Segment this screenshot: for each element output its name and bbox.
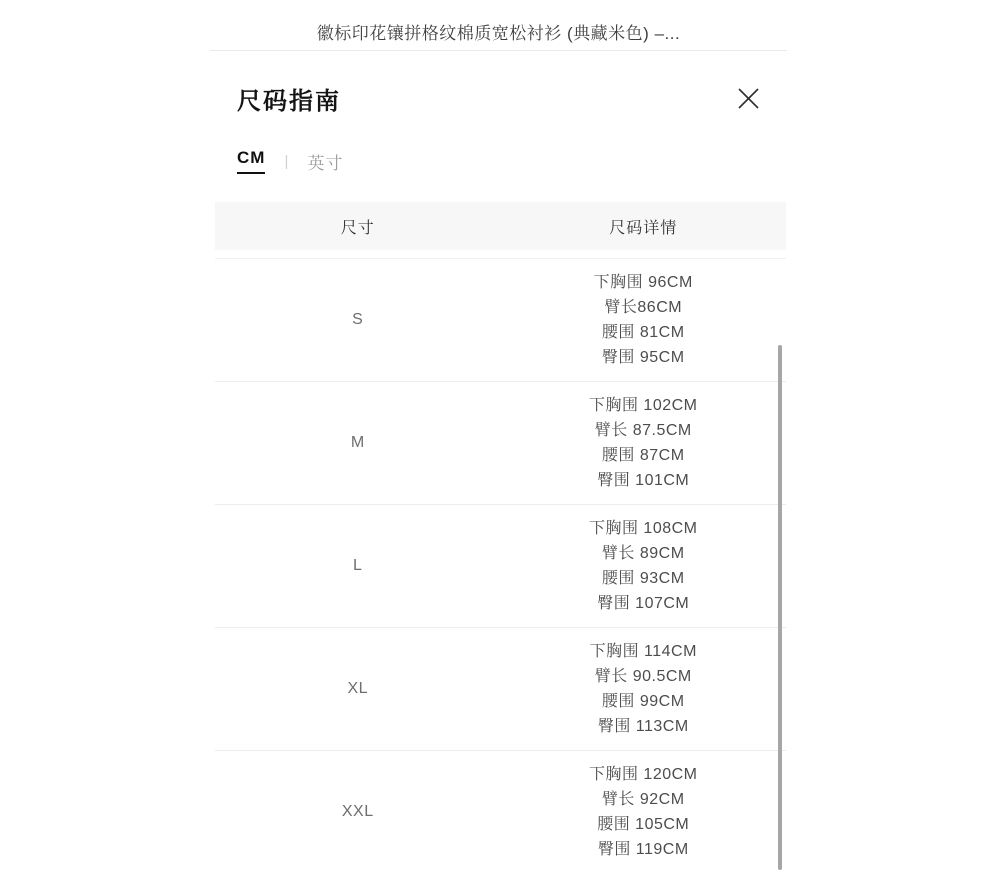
modal-header: 尺码指南 bbox=[215, 81, 786, 116]
table-row-m: M 下胸围 102CM 臂长 87.5CM 腰围 87CM 臀围 101CM bbox=[215, 382, 786, 505]
modal-title: 尺码指南 bbox=[237, 81, 341, 116]
close-button[interactable] bbox=[734, 85, 762, 113]
measurement-line: 腰围 81CM bbox=[501, 320, 787, 345]
table-header: 尺寸 尺码详情 bbox=[215, 202, 786, 250]
measurement-line: 腰围 105CM bbox=[501, 812, 787, 837]
size-guide-modal: 尺码指南 CM | 英寸 尺寸 尺码详情 S 下胸围 96CM 臂长86 bbox=[215, 51, 786, 870]
measurement-line: 臀围 113CM bbox=[501, 714, 787, 739]
size-label: S bbox=[215, 311, 501, 329]
column-header-details: 尺码详情 bbox=[501, 215, 787, 238]
measurement-line: 腰围 93CM bbox=[501, 566, 787, 591]
table-body: S 下胸围 96CM 臂长86CM 腰围 81CM 臀围 95CM M 下胸围 … bbox=[215, 258, 786, 870]
measurement-line: 臀围 107CM bbox=[501, 591, 787, 616]
size-label: L bbox=[215, 557, 501, 575]
close-icon bbox=[735, 85, 762, 112]
table-row-s: S 下胸围 96CM 臂长86CM 腰围 81CM 臀围 95CM bbox=[215, 259, 786, 382]
size-details: 下胸围 114CM 臂长 90.5CM 腰围 99CM 臀围 113CM bbox=[501, 639, 787, 739]
table-row-xxl: XXL 下胸围 120CM 臂长 92CM 腰围 105CM 臀围 119CM bbox=[215, 751, 786, 870]
size-details: 下胸围 102CM 臂长 87.5CM 腰围 87CM 臀围 101CM bbox=[501, 393, 787, 493]
measurement-line: 臂长 92CM bbox=[501, 787, 787, 812]
measurement-line: 腰围 87CM bbox=[501, 443, 787, 468]
measurement-line: 臀围 119CM bbox=[501, 837, 787, 862]
unit-tabs: CM | 英寸 bbox=[215, 148, 786, 174]
measurement-line: 臂长 89CM bbox=[501, 541, 787, 566]
size-label: XL bbox=[215, 680, 501, 698]
measurement-line: 臂长86CM bbox=[501, 295, 787, 320]
column-header-size: 尺寸 bbox=[215, 215, 501, 238]
table-row-xl: XL 下胸围 114CM 臂长 90.5CM 腰围 99CM 臀围 113CM bbox=[215, 628, 786, 751]
measurement-line: 臂长 90.5CM bbox=[501, 664, 787, 689]
size-details: 下胸围 96CM 臂长86CM 腰围 81CM 臀围 95CM bbox=[501, 270, 787, 370]
tab-cm[interactable]: CM bbox=[237, 148, 265, 174]
size-table: 尺寸 尺码详情 S 下胸围 96CM 臂长86CM 腰围 81CM 臀围 95C… bbox=[215, 202, 786, 870]
measurement-line: 腰围 99CM bbox=[501, 689, 787, 714]
measurement-line: 臀围 95CM bbox=[501, 345, 787, 370]
measurement-line: 臀围 101CM bbox=[501, 468, 787, 493]
page-title: 徽标印花镶拼格纹棉质宽松衬衫 (典藏米色) –... bbox=[317, 19, 680, 44]
measurement-line: 臂长 87.5CM bbox=[501, 418, 787, 443]
size-label: XXL bbox=[215, 803, 501, 821]
measurement-line: 下胸围 108CM bbox=[501, 516, 787, 541]
measurement-line: 下胸围 120CM bbox=[501, 762, 787, 787]
size-details: 下胸围 108CM 臂长 89CM 腰围 93CM 臀围 107CM bbox=[501, 516, 787, 616]
tab-inches[interactable]: 英寸 bbox=[307, 149, 343, 174]
vertical-scrollbar[interactable] bbox=[778, 345, 782, 870]
measurement-line: 下胸围 102CM bbox=[501, 393, 787, 418]
measurement-line: 下胸围 114CM bbox=[501, 639, 787, 664]
measurement-line: 下胸围 96CM bbox=[501, 270, 787, 295]
size-details: 下胸围 120CM 臂长 92CM 腰围 105CM 臀围 119CM bbox=[501, 762, 787, 862]
tab-separator: | bbox=[284, 153, 288, 170]
browser-title-bar: 徽标印花镶拼格纹棉质宽松衬衫 (典藏米色) –... bbox=[210, 0, 787, 51]
table-row-l: L 下胸围 108CM 臂长 89CM 腰围 93CM 臀围 107CM bbox=[215, 505, 786, 628]
size-label: M bbox=[215, 434, 501, 452]
